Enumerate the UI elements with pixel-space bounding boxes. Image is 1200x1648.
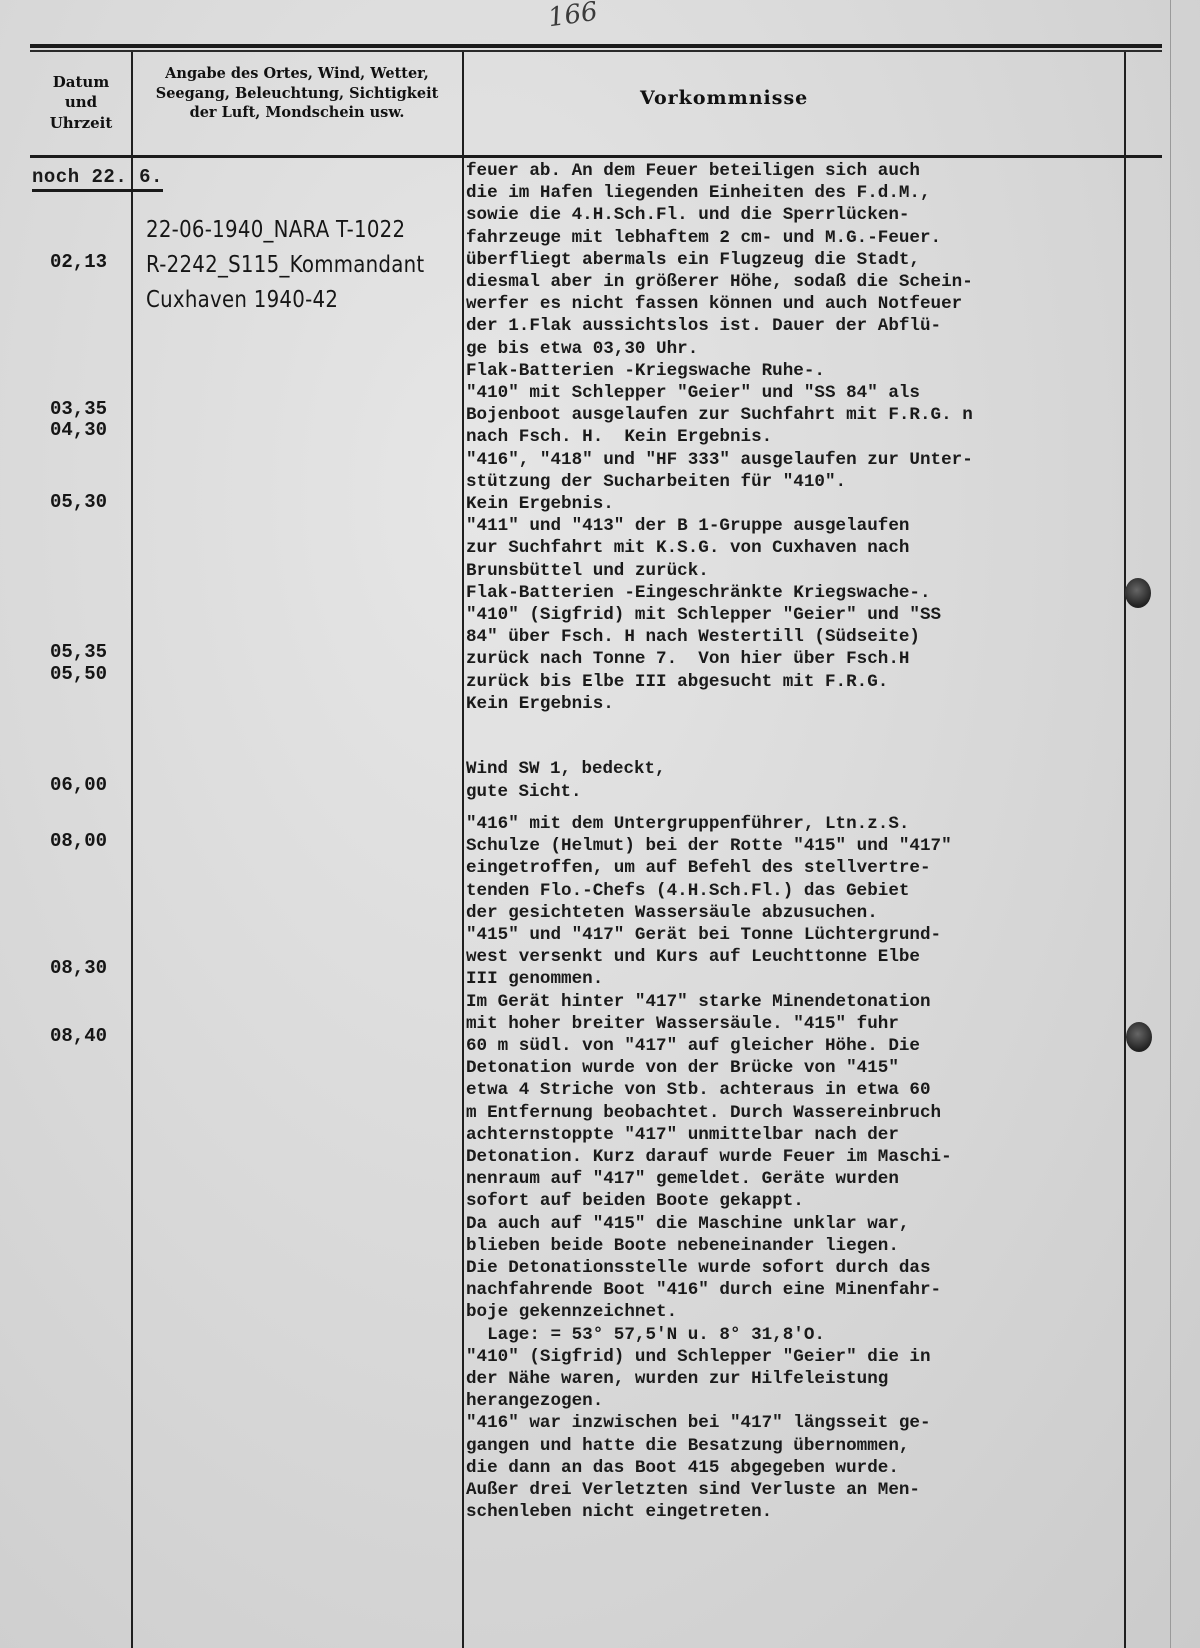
header-text: Seegang, Beleuchtung, Sichtigkeit: [134, 84, 460, 104]
event-line: gangen und hatte die Besatzung übernomme…: [466, 1435, 952, 1457]
event-line: herangezogen.: [466, 1390, 952, 1412]
event-line: Im Gerät hinter "417" starke Minendetona…: [466, 991, 952, 1013]
event-line: der Nähe waren, wurden zur Hilfeleistung: [466, 1368, 952, 1390]
page-number: 166: [546, 0, 599, 33]
event-line: der gesichteten Wassersäule abzusuchen.: [466, 902, 952, 924]
header-text: Datum: [32, 72, 130, 92]
time-entry: 05,50: [50, 663, 107, 685]
table-top-rule: [30, 44, 1162, 48]
event-line: 84" über Fsch. H nach Westertill (Südsei…: [466, 626, 973, 648]
archive-stamp: 22-06-1940_NARA T-1022 R-2242_S115_Komma…: [146, 213, 424, 318]
event-line: 60 m südl. von "417" auf gleicher Höhe. …: [466, 1035, 952, 1057]
event-line: "411" und "413" der B 1-Gruppe ausgelauf…: [466, 515, 973, 537]
stamp-line: R-2242_S115_Kommandant: [146, 248, 424, 283]
stamp-line: 22-06-1940_NARA T-1022: [146, 213, 424, 248]
event-line: "416", "418" und "HF 333" ausgelaufen zu…: [466, 449, 973, 471]
event-line: nachfahrende Boot "416" durch eine Minen…: [466, 1279, 952, 1301]
weather-entry: Wind SW 1, bedeckt, gute Sicht.: [466, 758, 666, 804]
time-entry: 02,13: [50, 251, 107, 273]
header-datum-uhrzeit: Datum und Uhrzeit: [32, 72, 130, 133]
events-block-2: "416" mit dem Untergruppenführer, Ltn.z.…: [466, 813, 952, 1524]
weather-line: gute Sicht.: [466, 781, 666, 804]
event-line: "410" (Sigfrid) mit Schlepper "Geier" un…: [466, 604, 973, 626]
event-line: zurück bis Elbe III abgesucht mit F.R.G.: [466, 671, 973, 693]
header-text: der Luft, Mondschein usw.: [134, 103, 460, 123]
time-entry: 03,35: [50, 398, 107, 420]
event-line: nach Fsch. H. Kein Ergebnis.: [466, 426, 973, 448]
event-line: überfliegt abermals ein Flugzeug die Sta…: [466, 249, 973, 271]
time-entry: 08,30: [50, 957, 107, 979]
event-line: III genommen.: [466, 968, 952, 990]
punch-hole: [1125, 578, 1151, 608]
event-line: schenleben nicht eingetreten.: [466, 1501, 952, 1523]
event-line: etwa 4 Striche von Stb. achteraus in etw…: [466, 1079, 952, 1101]
event-line: "410" (Sigfrid) und Schlepper "Geier" di…: [466, 1346, 952, 1368]
column-divider-1: [131, 52, 133, 1648]
event-line: die dann an das Boot 415 abgegeben wurde…: [466, 1457, 952, 1479]
event-line: m Entfernung beobachtet. Durch Wasserein…: [466, 1102, 952, 1124]
event-line: "410" mit Schlepper "Geier" und "SS 84" …: [466, 382, 973, 404]
header-text: und: [32, 92, 130, 112]
event-line: "416" war inzwischen bei "417" längsseit…: [466, 1412, 952, 1434]
event-line: Kein Ergebnis.: [466, 493, 973, 515]
event-line: Flak-Batterien -Kriegswache Ruhe-.: [466, 360, 973, 382]
event-line: Flak-Batterien -Eingeschränkte Kriegswac…: [466, 582, 973, 604]
events-block-1: feuer ab. An dem Feuer beteiligen sich a…: [466, 160, 973, 715]
document-page: 166 Datum und Uhrzeit Angabe des Ortes, …: [0, 0, 1200, 1648]
event-line: Schulze (Helmut) bei der Rotte "415" und…: [466, 835, 952, 857]
event-line: Detonation. Kurz darauf wurde Feuer im M…: [466, 1146, 952, 1168]
stamp-line: Cuxhaven 1940-42: [146, 283, 424, 318]
event-line: Kein Ergebnis.: [466, 693, 973, 715]
event-line: sowie die 4.H.Sch.Fl. und die Sperrlücke…: [466, 204, 973, 226]
column-divider-2: [462, 52, 464, 1648]
event-line: feuer ab. An dem Feuer beteiligen sich a…: [466, 160, 973, 182]
event-line: Da auch auf "415" die Maschine unklar wa…: [466, 1213, 952, 1235]
time-entry: 04,30: [50, 419, 107, 441]
event-line: mit hoher breiter Wassersäule. "415" fuh…: [466, 1013, 952, 1035]
header-bottom-rule: [30, 155, 1162, 158]
event-line: tenden Flo.-Chefs (4.H.Sch.Fl.) das Gebi…: [466, 880, 952, 902]
event-line: Bojenboot ausgelaufen zur Suchfahrt mit …: [466, 404, 973, 426]
event-line: der 1.Flak aussichtslos ist. Dauer der A…: [466, 315, 973, 337]
event-line: blieben beide Boote nebeneinander liegen…: [466, 1235, 952, 1257]
event-line: "415" und "417" Gerät bei Tonne Lüchterg…: [466, 924, 952, 946]
date-heading: noch 22. 6.: [32, 166, 163, 192]
event-line: "416" mit dem Untergruppenführer, Ltn.z.…: [466, 813, 952, 835]
event-line: Detonation wurde von der Brücke von "415…: [466, 1057, 952, 1079]
punch-hole: [1126, 1022, 1152, 1052]
event-line: zur Suchfahrt mit K.S.G. von Cuxhaven na…: [466, 537, 973, 559]
event-line: diesmal aber in größerer Höhe, sodaß die…: [466, 271, 973, 293]
event-line: ge bis etwa 03,30 Uhr.: [466, 338, 973, 360]
event-line: west versenkt und Kurs auf Leuchttonne E…: [466, 946, 952, 968]
event-line: Brunsbüttel und zurück.: [466, 560, 973, 582]
event-line: boje gekennzeichnet.: [466, 1301, 952, 1323]
header-text: Uhrzeit: [32, 113, 130, 133]
event-line: Die Detonationsstelle wurde sofort durch…: [466, 1257, 952, 1279]
page-edge-line: [1170, 0, 1171, 1648]
event-line: die im Hafen liegenden Einheiten des F.d…: [466, 182, 973, 204]
event-line: fahrzeuge mit lebhaftem 2 cm- und M.G.-F…: [466, 227, 973, 249]
event-line: eingetroffen, um auf Befehl des stellver…: [466, 857, 952, 879]
weather-line: Wind SW 1, bedeckt,: [466, 758, 666, 781]
event-line: Lage: = 53° 57,5'N u. 8° 31,8'O.: [466, 1324, 952, 1346]
event-line: Außer drei Verletzten sind Verluste an M…: [466, 1479, 952, 1501]
table-top-rule-thin: [30, 50, 1162, 52]
header-text: Angabe des Ortes, Wind, Wetter,: [134, 64, 460, 84]
event-line: achternstoppte "417" unmittelbar nach de…: [466, 1124, 952, 1146]
time-entry: 06,00: [50, 774, 107, 796]
event-line: nenraum auf "417" gemeldet. Geräte wurde…: [466, 1168, 952, 1190]
event-line: werfer es nicht fassen können und auch N…: [466, 293, 973, 315]
event-line: sofort auf beiden Boote gekappt.: [466, 1190, 952, 1212]
event-line: zurück nach Tonne 7. Von hier über Fsch.…: [466, 648, 973, 670]
column-divider-3: [1124, 52, 1126, 1648]
time-entry: 08,00: [50, 830, 107, 852]
header-ort-wetter: Angabe des Ortes, Wind, Wetter, Seegang,…: [134, 64, 460, 123]
time-entry: 05,30: [50, 491, 107, 513]
time-entry: 08,40: [50, 1025, 107, 1047]
event-line: stützung der Sucharbeiten für "410".: [466, 471, 973, 493]
time-entry: 05,35: [50, 641, 107, 663]
header-vorkommnisse: Vorkommnisse: [640, 86, 940, 112]
